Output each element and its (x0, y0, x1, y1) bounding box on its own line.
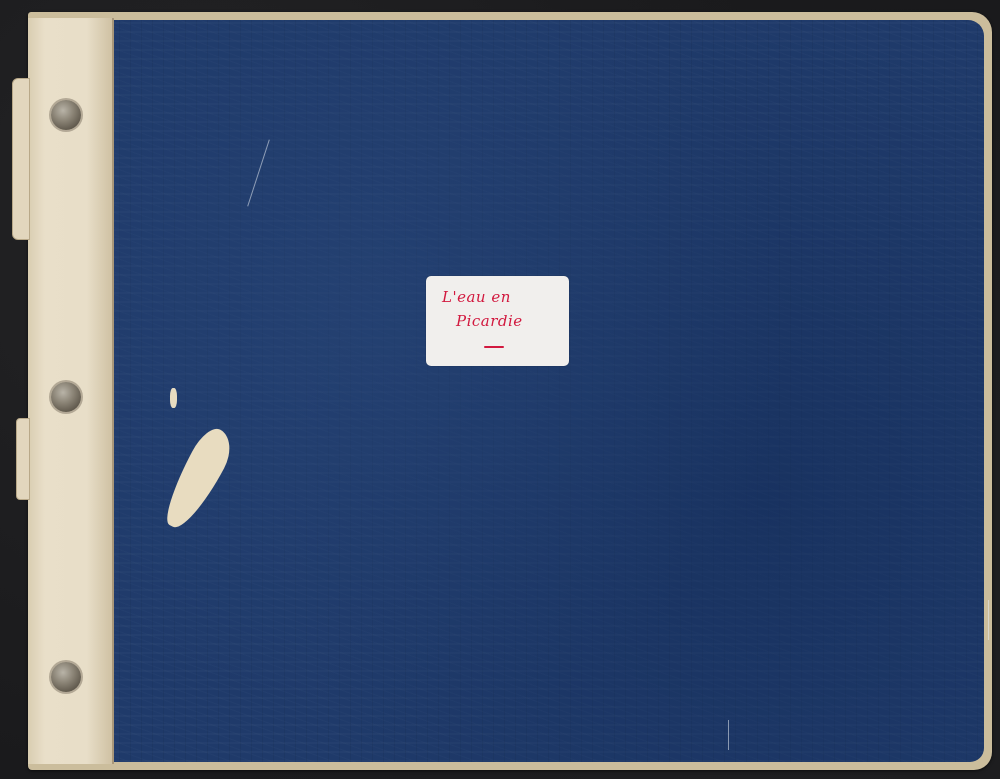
rivet-middle (51, 382, 81, 412)
scratch-mark (247, 140, 270, 207)
label-title-line-2: Picardie (456, 312, 523, 330)
notebook: L'eau en Picardie (28, 12, 992, 770)
blue-textured-cover: L'eau en Picardie (108, 20, 984, 762)
label-underline (484, 346, 504, 348)
rivet-top (51, 100, 81, 130)
worn-spot (170, 388, 177, 408)
torn-edge (12, 78, 30, 240)
torn-edge (16, 418, 30, 500)
worn-patch (157, 423, 239, 535)
label-title-line-1: L'eau en (442, 288, 511, 306)
title-label: L'eau en Picardie (426, 276, 569, 366)
cloth-spine (28, 18, 114, 764)
scratch-mark (988, 600, 989, 640)
scratch-mark (728, 720, 729, 750)
rivet-bottom (51, 662, 81, 692)
